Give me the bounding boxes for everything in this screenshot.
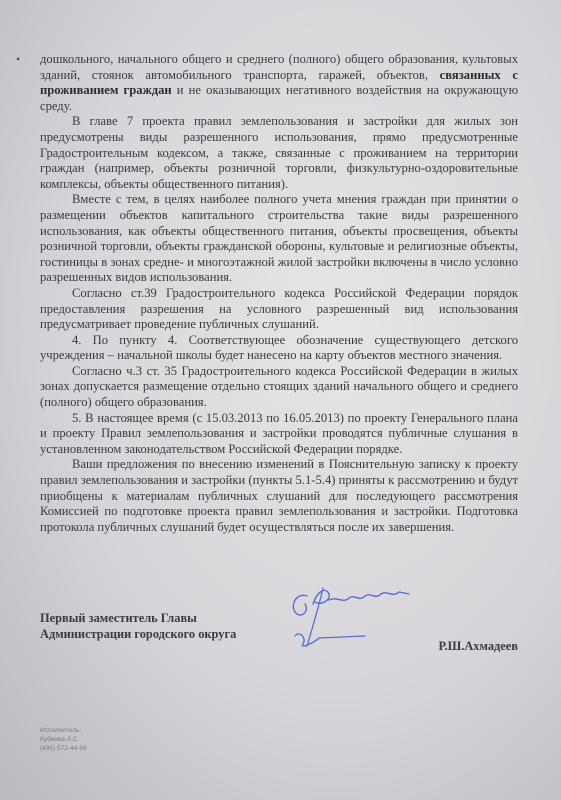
paragraph-4: Согласно ст.39 Градостроительного кодекс…	[40, 286, 518, 333]
paragraph-6: Согласно ч.3 ст. 35 Градостроительного к…	[40, 364, 518, 411]
handwritten-signature-icon	[285, 582, 425, 657]
paragraph-5: 4. По пункту 4. Соответствующее обозначе…	[40, 333, 518, 364]
executor-label: Исполнитель:	[40, 726, 87, 735]
paragraph-2: В главе 7 проекта правил землепользовани…	[40, 114, 518, 192]
paragraph-7: 5. В настоящее время (с 15.03.2013 по 16…	[40, 411, 518, 458]
executor-phone: (495) 572-44-56	[40, 744, 87, 753]
letter-body: дошкольного, начального общего и среднег…	[40, 52, 518, 535]
signatory-title-line1: Первый заместитель Главы	[40, 610, 518, 626]
executor-name: Кубеева А.С.	[40, 735, 87, 744]
signature-block: Первый заместитель Главы Администрации г…	[40, 610, 518, 670]
margin-bullet: •	[16, 52, 20, 67]
paragraph-3: Вместе с тем, в целях наиболее полного у…	[40, 192, 518, 286]
signatory-name: Р.Ш.Ахмадеев	[439, 639, 518, 654]
paragraph-1: дошкольного, начального общего и среднег…	[40, 52, 518, 114]
paragraph-8: Ваши предложения по внесению изменений в…	[40, 457, 518, 535]
executor-footer: Исполнитель: Кубеева А.С. (495) 572-44-5…	[40, 726, 87, 753]
